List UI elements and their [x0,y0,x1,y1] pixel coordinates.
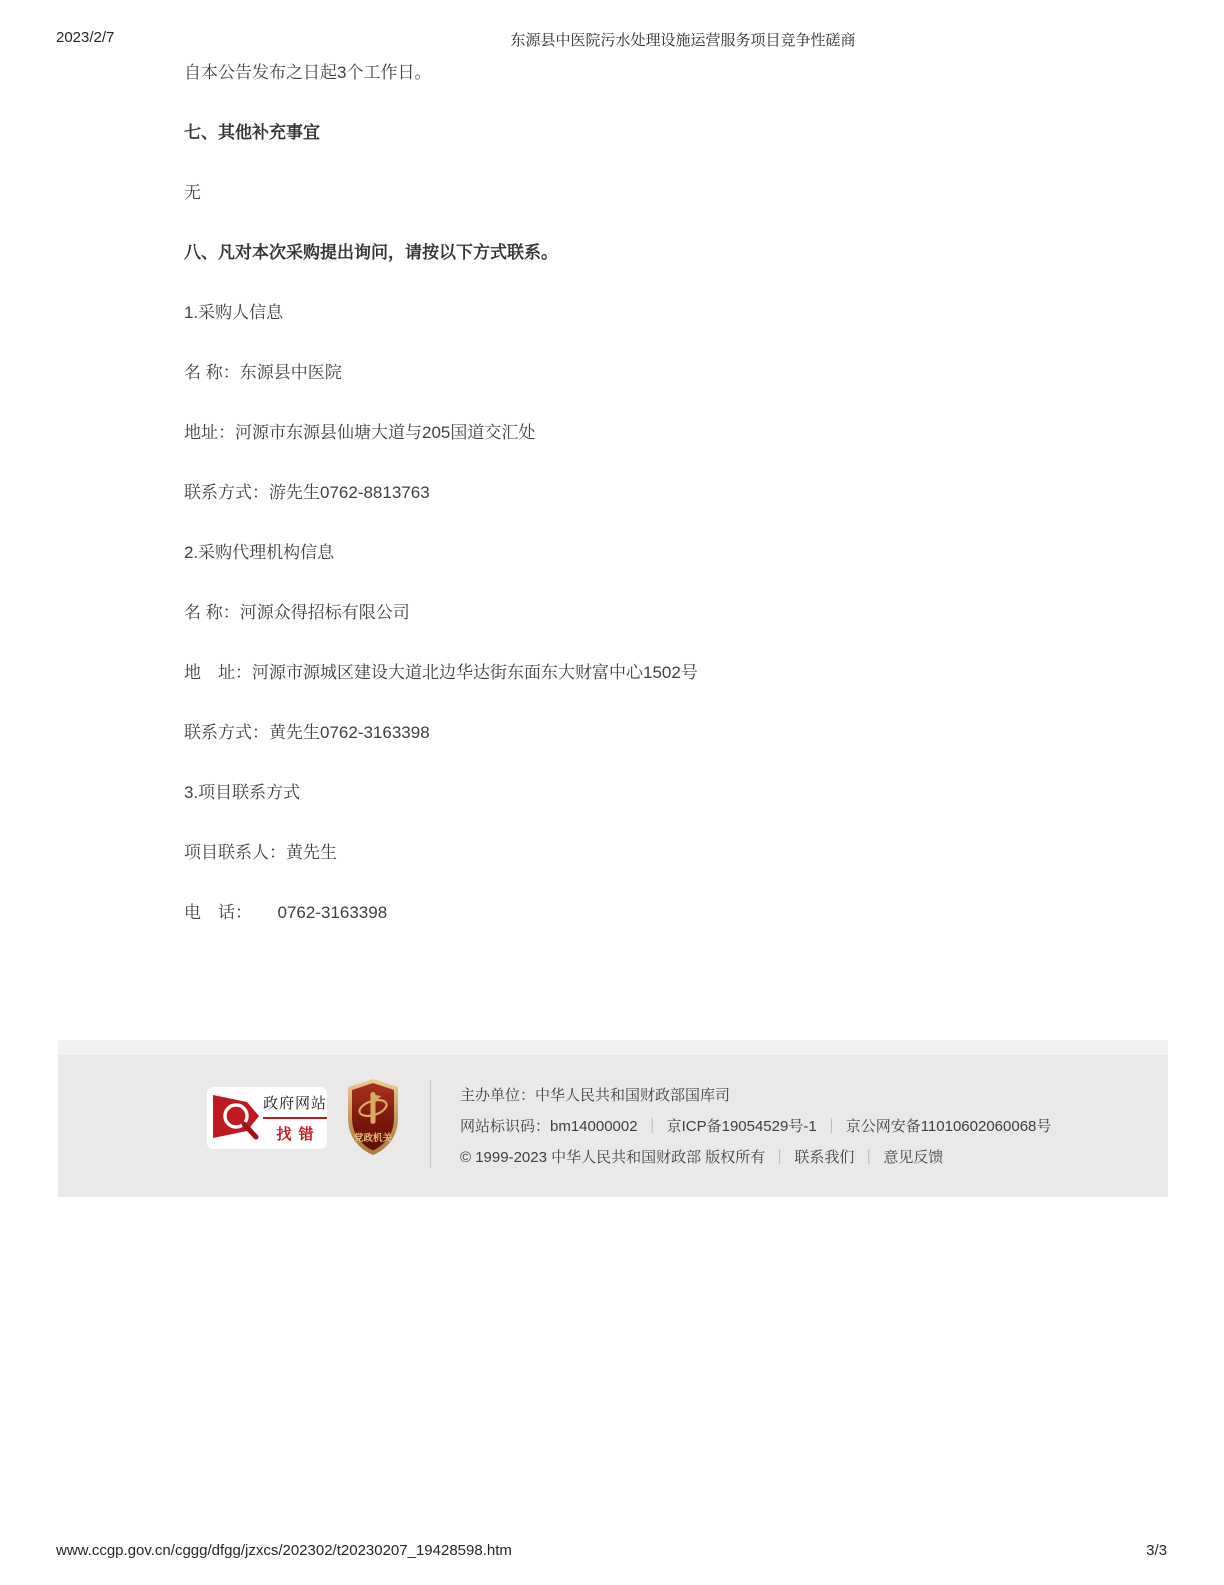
print-footer-url: www.ccgp.gov.cn/cggg/dfgg/jzxcs/202302/t… [56,1542,512,1559]
purchaser-name: 名 称：东源县中医院 [184,361,1084,385]
gov-website-error-report-badge[interactable]: 政府网站 找错 [207,1087,327,1149]
separator: ｜ [765,1149,794,1166]
subsection-project-contact: 3.项目联系方式 [184,781,1084,805]
separator: ｜ [638,1118,667,1135]
project-contact-person: 项目联系人：黄先生 [184,841,1084,865]
print-header-title: 东源县中医院污水处理设施运营服务项目竞争性磋商 [510,29,855,50]
organizer-text: 主办单位：中华人民共和国财政部国库司 [460,1087,730,1104]
paragraph: 无 [184,181,1084,205]
copyright-text: © 1999-2023 中华人民共和国财政部 版权所有 [460,1149,765,1166]
site-footer: 政府网站 找错 [58,1040,1168,1197]
purchaser-contact: 联系方式：游先生0762-8813763 [184,481,1084,505]
separator: ｜ [817,1118,846,1135]
document-body: 自本公告发布之日起3个工作日。 七、其他补充事宜 无 八、凡对本次采购提出询问，… [184,61,1084,961]
error-badge-text: 政府网站 找错 [263,1092,327,1144]
svg-text:党政机关: 党政机关 [354,1132,393,1144]
print-footer-page-number: 3/3 [1146,1542,1167,1559]
subsection-agency-info: 2.采购代理机构信息 [184,541,1084,565]
footer-top-strip [58,1040,1168,1055]
footer-registration-line: 网站标识码：bm14000002｜京ICP备19054529号-1｜京公网安备1… [460,1111,1051,1142]
agency-contact: 联系方式：黄先生0762-3163398 [184,721,1084,745]
agency-address: 地 址：河源市源城区建设大道北边华达街东面东大财富中心1502号 [184,661,1084,685]
paragraph: 自本公告发布之日起3个工作日。 [184,61,1084,85]
party-gov-shield-icon: 党政机关 [345,1078,401,1156]
section-heading-7: 七、其他补充事宜 [184,121,1084,145]
project-contact-phone: 电 话： 0762-3163398 [184,901,1084,925]
site-code-text: 网站标识码：bm14000002 [460,1118,638,1135]
section-heading-8: 八、凡对本次采购提出询问，请按以下方式联系。 [184,241,1084,265]
contact-us-link[interactable]: 联系我们 [794,1149,854,1166]
separator: ｜ [854,1149,883,1166]
footer-legal-text: 主办单位：中华人民共和国财政部国库司 网站标识码：bm14000002｜京ICP… [460,1080,1051,1173]
footer-copyright-line: © 1999-2023 中华人民共和国财政部 版权所有｜联系我们｜意见反馈 [460,1142,1051,1173]
feedback-link[interactable]: 意见反馈 [883,1149,943,1166]
party-gov-shield-badge[interactable]: 党政机关 [345,1078,401,1156]
footer-vertical-divider [430,1080,431,1168]
purchaser-address: 地址：河源市东源县仙塘大道与205国道交汇处 [184,421,1084,445]
icp-license-link[interactable]: 京ICP备19054529号-1 [667,1118,817,1135]
subsection-purchaser-info: 1.采购人信息 [184,301,1084,325]
magnifier-flag-icon [211,1088,261,1149]
footer-organizer-line: 主办单位：中华人民共和国财政部国库司 [460,1080,1051,1111]
print-preview-page: 2023/2/7 东源县中医院污水处理设施运营服务项目竞争性磋商 自本公告发布之… [0,0,1224,1585]
police-registration-link[interactable]: 京公网安备11010602060068号 [846,1118,1052,1135]
agency-name: 名 称：河源众得招标有限公司 [184,601,1084,625]
print-header-date: 2023/2/7 [56,29,114,46]
error-badge-line1: 政府网站 [263,1092,327,1119]
error-badge-line2: 找错 [270,1123,321,1144]
